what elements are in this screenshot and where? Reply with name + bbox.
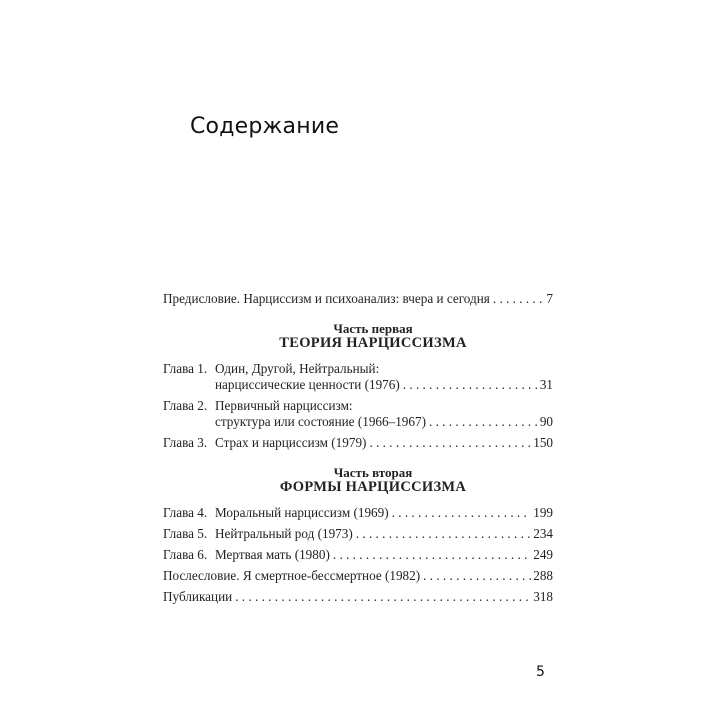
part-title: ФОРМЫ НАРЦИССИЗМА (193, 480, 553, 495)
toc-entry-text: Послесловие. Я смертное-бессмертное (198… (163, 568, 420, 584)
toc-page-number: 249 (531, 547, 553, 563)
toc-page-number: 234 (531, 526, 553, 542)
chapter-label: Глава 1. (163, 361, 215, 377)
part-heading-1: Часть первая ТЕОРИЯ НАРЦИССИЗМА (163, 321, 553, 351)
page-number: 5 (536, 664, 545, 680)
dot-leader (366, 435, 531, 451)
toc-page-number: 318 (531, 589, 553, 605)
chapter-label: Глава 5. (163, 526, 215, 542)
toc-chapter-4[interactable]: Глава 4. Моральный нарциссизм (1969) 199 (163, 505, 553, 521)
chapter-title: Страх и нарциссизм (1979) (215, 435, 366, 451)
dot-leader (353, 526, 531, 542)
chapter-label: Глава 6. (163, 547, 215, 563)
chapter-title-line2: нарциссические ценности (1976) (215, 377, 400, 393)
toc-page-number: 199 (531, 505, 553, 521)
toc-page-number: 150 (531, 435, 553, 451)
chapter-title-line1: Первичный нарциссизм: (215, 398, 353, 414)
chapter-title: Моральный нарциссизм (1969) (215, 505, 389, 521)
table-of-contents: Предисловие. Нарциссизм и психоанализ: в… (163, 291, 553, 610)
toc-chapter-6[interactable]: Глава 6. Мертвая мать (1980) 249 (163, 547, 553, 563)
toc-entry-preface[interactable]: Предисловие. Нарциссизм и психоанализ: в… (163, 291, 553, 307)
toc-chapter-1[interactable]: Глава 1. Один, Другой, Нейтральный: нарц… (163, 361, 553, 393)
toc-chapter-2[interactable]: Глава 2. Первичный нарциссизм: структура… (163, 398, 553, 430)
dot-leader (426, 414, 538, 430)
chapter-title: Нейтральный род (1973) (215, 526, 353, 542)
toc-page-number: 31 (538, 377, 553, 393)
toc-page-number: 7 (544, 291, 553, 307)
part-label: Часть первая (193, 321, 553, 336)
dot-leader (400, 377, 538, 393)
toc-entry-afterword[interactable]: Послесловие. Я смертное-бессмертное (198… (163, 568, 553, 584)
chapter-label: Глава 3. (163, 435, 215, 451)
part-label: Часть вторая (193, 465, 553, 480)
dot-leader (232, 589, 531, 605)
page-title: Содержание (190, 114, 339, 139)
toc-chapter-3[interactable]: Глава 3. Страх и нарциссизм (1979) 150 (163, 435, 553, 451)
toc-chapter-5[interactable]: Глава 5. Нейтральный род (1973) 234 (163, 526, 553, 542)
toc-page-number: 288 (531, 568, 553, 584)
chapter-title: Мертвая мать (1980) (215, 547, 330, 563)
dot-leader (330, 547, 531, 563)
toc-page-number: 90 (538, 414, 553, 430)
part-title: ТЕОРИЯ НАРЦИССИЗМА (193, 336, 553, 351)
dot-leader (389, 505, 532, 521)
dot-leader (490, 291, 545, 307)
toc-entry-text: Предисловие. Нарциссизм и психоанализ: в… (163, 291, 490, 307)
chapter-label: Глава 2. (163, 398, 215, 414)
chapter-title-line2: структура или состояние (1966–1967) (215, 414, 426, 430)
toc-entry-publications[interactable]: Публикации 318 (163, 589, 553, 605)
toc-entry-text: Публикации (163, 589, 232, 605)
chapter-label: Глава 4. (163, 505, 215, 521)
dot-leader (420, 568, 531, 584)
chapter-title-line1: Один, Другой, Нейтральный: (215, 361, 379, 377)
part-heading-2: Часть вторая ФОРМЫ НАРЦИССИЗМА (163, 465, 553, 495)
